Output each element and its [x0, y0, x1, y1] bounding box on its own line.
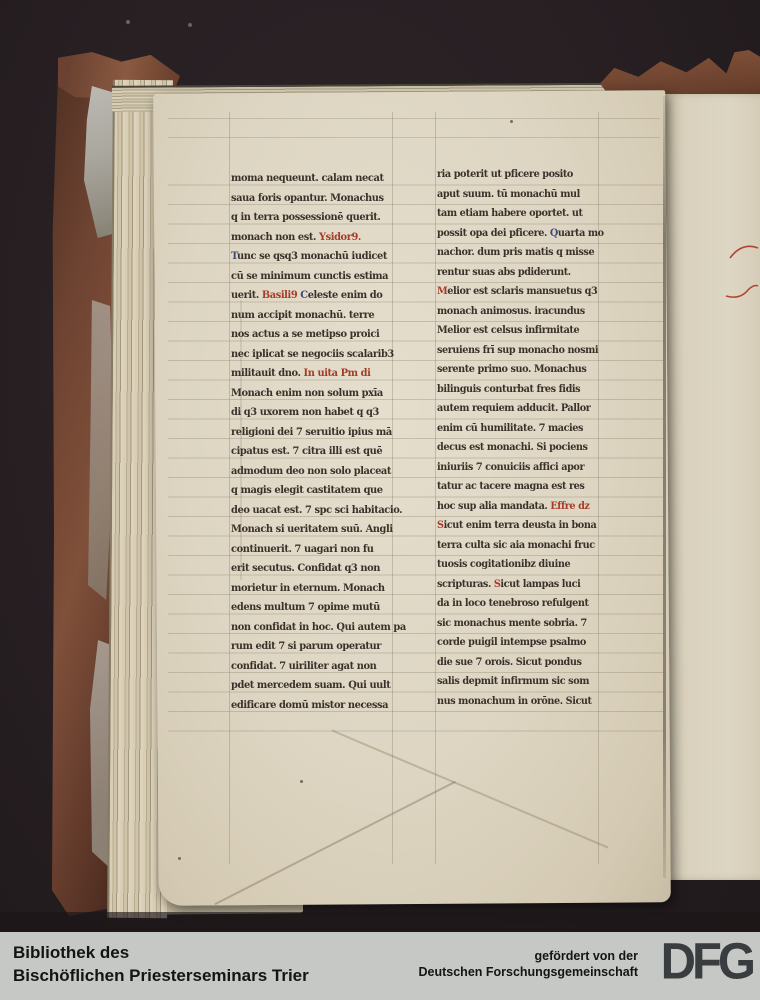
text-segment: aput suum. tū monachū mul	[437, 188, 580, 200]
text-segment: monach animosus. iracundus	[437, 305, 585, 317]
library-name-line2: Bischöflichen Priesterseminars Trier	[13, 964, 309, 987]
manuscript-line: da in loco tenebroso refulgent	[437, 594, 568, 614]
manuscript-line: salis depmit infirmum sic som	[437, 672, 568, 692]
manuscript-line: uerit. Basili9 Celeste enim do	[231, 286, 383, 306]
background-speck	[126, 20, 130, 24]
ruling-line	[168, 137, 660, 138]
text-segment: icut lampas luci	[500, 578, 580, 590]
text-segment: Melior est celsus infirmitate	[437, 324, 579, 336]
manuscript-line: religioni dei 7 seruitio ipius mā	[231, 423, 383, 443]
parchment-speck	[510, 120, 513, 123]
text-column-left: moma nequeunt. calam necatsaua foris opa…	[231, 169, 394, 715]
text-segment: cipatus est. 7 citra illi est quē	[231, 445, 382, 457]
manuscript-line: cipatus est. 7 citra illi est quē	[231, 442, 383, 462]
manuscript-line: serente primo suo. Monachus	[437, 360, 568, 380]
text-segment: morietur in eternum. Monach	[231, 582, 385, 594]
manuscript-line: corde puigil intempse psalmo	[437, 633, 568, 653]
text-segment: enim cū humilitate. 7 macies	[437, 422, 583, 434]
text-segment: cū se minimum cunctis estima	[231, 270, 388, 282]
library-name-line1: Bibliothek des	[13, 941, 309, 964]
facing-page-surface	[660, 94, 760, 880]
text-segment: edens multum 7 opime mutū	[231, 601, 380, 613]
text-segment: decus est monachi. Si pociens	[437, 441, 588, 453]
text-segment: q magis elegit castitatem que	[231, 484, 383, 496]
text-segment: nec iplicat se negociis scalarib3	[231, 348, 394, 360]
manuscript-line: Monach enim non solum pxīa	[231, 384, 383, 404]
text-segment: tam etiam habere oportet. ut	[437, 207, 583, 219]
text-segment: scripturas.	[437, 578, 494, 590]
text-segment: monach non est.	[231, 231, 319, 243]
text-segment: In uita Pm di	[304, 367, 371, 379]
manuscript-line: rentur suas abs pdiderunt.	[437, 263, 568, 283]
text-segment: elior est sclaris mansuetus q3	[447, 285, 597, 297]
vertical-ruling	[229, 112, 230, 864]
text-segment: q in terra possessionē querit.	[231, 211, 380, 223]
manuscript-line: cū se minimum cunctis estima	[231, 267, 383, 287]
text-segment: autem requiem adducit. Pallor	[437, 402, 590, 414]
manuscript-line: iniuriis 7 conuiciis affici apor	[437, 458, 568, 478]
background-speck	[188, 23, 192, 27]
text-segment: religioni dei 7 seruitio ipius mā	[231, 426, 392, 438]
manuscript-line: morietur in eternum. Monach	[231, 579, 383, 599]
text-segment: deo uacat est. 7 spc sci habitacio.	[231, 504, 402, 516]
manuscript-line: aput suum. tū monachū mul	[437, 185, 568, 205]
text-segment: rum edit 7 si parum operatur	[231, 640, 381, 652]
text-segment: Basili9	[262, 289, 297, 301]
text-segment: confidat. 7 uiriliter agat non	[231, 660, 376, 672]
manuscript-line: di q3 uxorem non habet q q3	[231, 403, 383, 423]
text-segment: seruiens frī sup monacho nosmi	[437, 344, 598, 356]
manuscript-line: erit secutus. Confidat q3 non	[231, 559, 383, 579]
text-segment: pdet mercedem suam. Qui uult	[231, 679, 390, 691]
text-segment: M	[437, 285, 447, 297]
parchment-speck	[300, 780, 303, 783]
text-segment: continuerit. 7 uagari non fu	[231, 543, 373, 555]
manuscript-line: q in terra possessionē querit.	[231, 208, 383, 228]
manuscript-line: possit opa dei pficere. Quarta mo	[437, 224, 568, 244]
manuscript-line: nos actus a se metipso proici	[231, 325, 383, 345]
red-pen-flourish	[728, 240, 760, 264]
vertical-ruling	[598, 112, 599, 864]
funding-credit: gefördert von der Deutschen Forschungsge…	[419, 948, 639, 980]
manuscript-line: militauit dno. In uita Pm di	[231, 364, 383, 384]
text-segment: uarta mo	[558, 227, 604, 239]
manuscript-line: sic monachus mente sobria. 7	[437, 614, 568, 634]
manuscript-line: hoc sup alia mandata. Effre dz	[437, 497, 568, 517]
manuscript-line: deo uacat est. 7 spc sci habitacio.	[231, 501, 383, 521]
manuscript-line: edens multum 7 opime mutū	[231, 598, 383, 618]
manuscript-line: edificare domū mistor necessa	[231, 696, 383, 716]
text-segment: saua foris opantur. Monachus	[231, 192, 384, 204]
text-segment: Effre dz	[550, 500, 589, 512]
manuscript-line: ria poterit ut pficere posito	[437, 165, 568, 185]
text-segment: possit opa dei pficere.	[437, 227, 550, 239]
manuscript-line: q magis elegit castitatem que	[231, 481, 383, 501]
manuscript-line: autem requiem adducit. Pallor	[437, 399, 568, 419]
manuscript-line: tam etiam habere oportet. ut	[437, 204, 568, 224]
manuscript-line: Tunc se qsq3 monachū iudicet	[231, 247, 383, 267]
text-segment: nachor. dum pris matis q misse	[437, 246, 594, 258]
ruling-line	[168, 118, 660, 119]
text-segment: erit secutus. Confidat q3 non	[231, 562, 380, 574]
manuscript-line: terra culta sic aia monachi fruc	[437, 536, 568, 556]
manuscript-line: nec iplicat se negociis scalarib3	[231, 345, 383, 365]
vertical-ruling	[435, 112, 436, 864]
manuscript-line: Melior est sclaris mansuetus q3	[437, 282, 568, 302]
text-segment: terra culta sic aia monachi fruc	[437, 539, 595, 551]
text-segment: militauit dno.	[231, 367, 304, 379]
manuscript-line: nachor. dum pris matis q misse	[437, 243, 568, 263]
manuscript-line: non confidat in hoc. Qui autem pa	[231, 618, 383, 638]
parchment-speck	[178, 857, 181, 860]
manuscript-line: saua foris opantur. Monachus	[231, 189, 383, 209]
table-shadow-strip	[0, 912, 760, 932]
funding-credit-line1: gefördert von der	[419, 948, 639, 964]
library-name: Bibliothek des Bischöflichen Priestersem…	[13, 941, 309, 987]
manuscript-line: nus monachum in orōne. Sicut	[437, 692, 568, 712]
manuscript-line: enim cū humilitate. 7 macies	[437, 419, 568, 439]
text-segment: num accipit monachū. terre	[231, 309, 374, 321]
text-segment: sic monachus mente sobria. 7	[437, 617, 587, 629]
manuscript-line: scripturas. Sicut lampas luci	[437, 575, 568, 595]
manuscript-line: die sue 7 orois. Sicut pondus	[437, 653, 568, 673]
text-segment: serente primo suo. Monachus	[437, 363, 586, 375]
text-segment: corde puigil intempse psalmo	[437, 636, 586, 648]
text-segment: nus monachum in orōne. Sicut	[437, 695, 592, 707]
text-segment: Monach enim non solum pxīa	[231, 387, 383, 399]
manuscript-scan-photo: moma nequeunt. calam necatsaua foris opa…	[0, 0, 760, 1000]
text-segment: uerit.	[231, 289, 262, 301]
text-segment: tatur ac tacere magna est res	[437, 480, 584, 492]
manuscript-line: tuosis cogitationibz diuine	[437, 555, 568, 575]
text-segment: nos actus a se metipso proici	[231, 328, 379, 340]
text-segment: rentur suas abs pdiderunt.	[437, 266, 571, 278]
text-segment: salis depmit infirmum sic som	[437, 675, 589, 687]
manuscript-line: bilinguis conturbat fres fidis	[437, 380, 568, 400]
manuscript-line: tatur ac tacere magna est res	[437, 477, 568, 497]
text-column-right: ria poterit ut pficere positoaput suum. …	[437, 165, 578, 711]
manuscript-line: seruiens frī sup monacho nosmi	[437, 341, 568, 361]
text-segment: hoc sup alia mandata.	[437, 500, 550, 512]
text-segment: non confidat in hoc. Qui autem pa	[231, 621, 406, 633]
manuscript-line: rum edit 7 si parum operatur	[231, 637, 383, 657]
text-segment: moma nequeunt. calam necat	[231, 172, 384, 184]
text-segment: eleste enim do	[308, 289, 383, 301]
text-segment: Monach si ueritatem suū. Angli	[231, 523, 393, 535]
manuscript-line: decus est monachi. Si pociens	[437, 438, 568, 458]
manuscript-line: pdet mercedem suam. Qui uult	[231, 676, 383, 696]
red-pen-flourish	[724, 280, 760, 304]
manuscript-line: monach animosus. iracundus	[437, 302, 568, 322]
manuscript-line: Melior est celsus infirmitate	[437, 321, 568, 341]
manuscript-line: monach non est. Ysidor9.	[231, 228, 383, 248]
dfg-logo: DFG	[661, 933, 752, 991]
text-segment: Q	[550, 227, 558, 239]
text-segment: admodum deo non solo placeat	[231, 465, 391, 477]
footer-banner: Bibliothek des Bischöflichen Priestersem…	[0, 932, 760, 1000]
text-segment: iniuriis 7 conuiciis affici apor	[437, 461, 584, 473]
text-segment: edificare domū mistor necessa	[231, 699, 388, 711]
manuscript-line: num accipit monachū. terre	[231, 306, 383, 326]
text-segment: ria poterit ut pficere posito	[437, 168, 573, 180]
manuscript-line: moma nequeunt. calam necat	[231, 169, 383, 189]
text-segment: icut enim terra deusta in bona	[444, 519, 597, 531]
manuscript-line: Monach si ueritatem suū. Angli	[231, 520, 383, 540]
funding-credit-line2: Deutschen Forschungsgemeinschaft	[419, 964, 639, 980]
manuscript-line: admodum deo non solo placeat	[231, 462, 383, 482]
text-segment: die sue 7 orois. Sicut pondus	[437, 656, 582, 668]
text-segment: da in loco tenebroso refulgent	[437, 597, 589, 609]
manuscript-line: continuerit. 7 uagari non fu	[231, 540, 383, 560]
manuscript-line: Sicut enim terra deusta in bona	[437, 516, 568, 536]
text-segment: unc se qsq3 monachū iudicet	[237, 250, 387, 262]
manuscript-line: confidat. 7 uiriliter agat non	[231, 657, 383, 677]
text-segment: Ysidor9.	[319, 231, 361, 243]
text-segment: tuosis cogitationibz diuine	[437, 558, 570, 570]
text-segment: di q3 uxorem non habet q q3	[231, 406, 379, 418]
text-segment: bilinguis conturbat fres fidis	[437, 383, 580, 395]
